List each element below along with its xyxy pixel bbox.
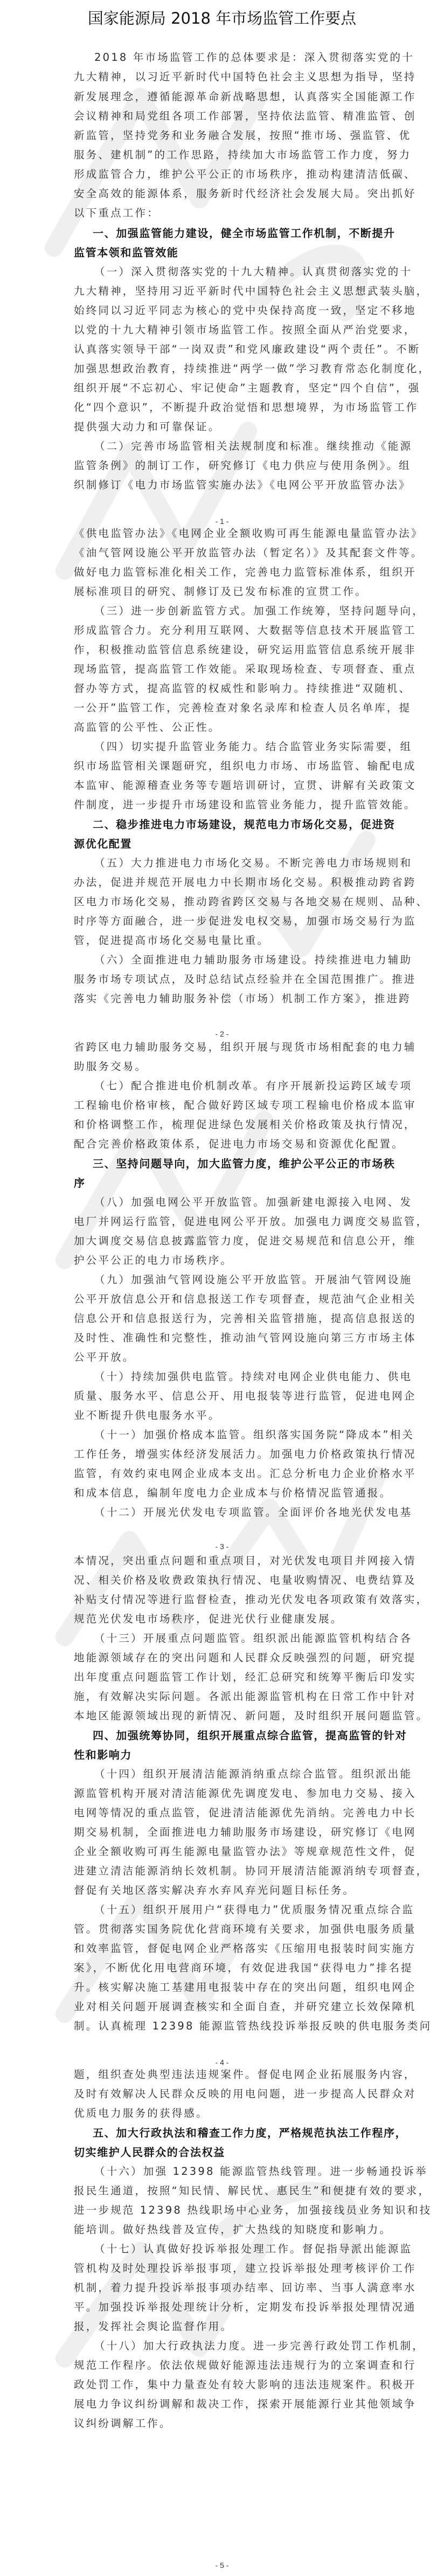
paragraph-line: 省跨区电力辅助服务交易，组织开展与现货市场相配套的电力辅 — [74, 1039, 373, 1055]
paragraph-line: 时序等方面融合，进一步促进发电权交易，加强市场交易行为监 — [74, 913, 373, 929]
paragraph-line: 电网等情况的重点监管，促进清洁能源优先消纳。完善电力中长 — [74, 1805, 373, 1821]
page-number: - 2 - — [0, 1030, 444, 1038]
paragraph-line: （十八）加大行政执法力度。进一步完善行政处罚工作机制， — [94, 2338, 373, 2354]
paragraph-line: 织制修订《电力市场监管实施办法》《电网公平开放监管办法》 — [74, 477, 373, 493]
paragraph-line: 区电力市场化交易，推动跨省跨区交易与各地交易在规则、品种、 — [74, 894, 373, 910]
paragraph-line: 加大调度交易信息披露监管力度，促进交易规范和信息公开，维 — [74, 1233, 373, 1249]
section-heading-line: 五、加大行政执法和稽查工作力度，严格规范执法工作程序， — [93, 2125, 373, 2141]
paragraph-line: 以下重点工作： — [74, 205, 373, 221]
paragraph-line: 工作任务，增强实体经济发展活力。加强电力价格政策执行情况 — [74, 1446, 373, 1462]
paragraph-line: 组织开展“不忘初心、牢记使命”主题教育，坚定“四个自信”，强 — [74, 380, 373, 396]
paragraph-line: 管机构及时处理投诉举报事项，建立投诉举报处理考核评价工作 — [74, 2260, 373, 2277]
paragraph-line: 案》，不断优化用电营商环境，有效促进我国“获得电力”排名提 — [74, 1960, 373, 1976]
page-number: - 1 - — [0, 517, 444, 526]
paragraph-line: 管。贯彻落实国务院优化营商环境有关要求，加强供电服务质量 — [74, 1921, 373, 1937]
paragraph-line: 业对相关问题开展调查核实和全面自查，并研究建立长效保障机 — [74, 1999, 373, 2015]
paragraph-line: 公平开放信息公开和信息报送工作专项督查，规范油气企业相关 — [74, 1291, 373, 1307]
paragraph-line: 管，促进提高市场化交易电量比重。 — [74, 933, 373, 949]
paragraph-line: （十五）组织开展用户“获得电力”优质服务情况重点综合监 — [94, 1902, 373, 1918]
paragraph-line: 会议精神和局党组各项工作部署，坚持依法监管、精准监管、创 — [74, 108, 373, 124]
section-heading-line: 二、稳步推进电力市场建设，规范电力市场化交易，促进资 — [93, 816, 373, 832]
paragraph-line: 《供电监管办法》《电网企业全额收购可再生能源电量监管办法》 — [74, 526, 373, 542]
paragraph-line: 制。认真梳理 12398 能源监管热线投诉举报反映的供电服务类问 — [74, 2018, 373, 2034]
paragraph-line: （十一）加强价格成本监管。组织落实国务院“降成本”相关 — [94, 1427, 373, 1443]
paragraph-line: 本监审、能源稽查业务等专题培训研讨，宣贯、讲解有关政策文 — [74, 778, 373, 794]
paragraph-line: 助服务交易。 — [74, 1059, 373, 1075]
paragraph-line: 作，积极推动监管信息系统建设，研究运用监管信息系统开展非 — [74, 642, 373, 658]
paragraph-line: 源监管机构开展对清洁能源优先调度发电、参加电力交易、接入 — [74, 1786, 373, 1802]
paragraph-line: 补贴支付情况等进行监督检查，推动光伏发电各项政策有效落实， — [74, 1592, 373, 1608]
paragraph-line: 和价格调整工作，梳理促进绿色发展相关价格政策及执行情况， — [74, 1117, 373, 1133]
paragraph-line: （四）切实提升监管业务能力。结合监管业务实际需要，组 — [94, 739, 373, 755]
paragraph-line: （十七）认真做好投诉举报处理工作。督促指导派出能源监 — [94, 2241, 373, 2257]
paragraph-line: （九）加强油气管网设施公平开放监管。开展油气管网设施 — [94, 1272, 373, 1288]
paragraph-line: 升。核实解决施工基建用电报装中存在的突出问题，组织电网企 — [74, 1979, 373, 1996]
section-heading-line: 性和影响力 — [74, 1747, 373, 1763]
paragraph-line: 进一步规范 12398 热线职场中心业务，加强接线员业务知识和技 — [74, 2202, 373, 2218]
paragraph-line: 业不断提升供电服务水平。 — [74, 1408, 373, 1424]
paragraph-line: 平。加强投诉举报处理统计分析，定期发布投诉举报处理情况通 — [74, 2299, 373, 2315]
paragraph-line: 规范光伏发电市场秩序，促进光伏行业健康发展。 — [74, 1611, 373, 1627]
paragraph-line: 以党的十九大精神引领市场监管工作。按照全面从严治党要求， — [74, 322, 373, 338]
paragraph-line: 新监管，坚持党务和业务融合发展，按照“推市场、强监管、优 — [74, 128, 373, 144]
paragraph-line: （十六）加强 12398 能源监管热线管理。进一步畅通投诉举 — [94, 2164, 373, 2180]
paragraph-line: 报民生通道，按照“知民情、解民忧、惠民生”和便捷有效的要求， — [74, 2183, 373, 2199]
paragraph-line: 和成本信息，编制年度电力企业成本与价格情况监管通报。 — [74, 1485, 373, 1501]
paragraph-line: 能培训。做好热线普及宣传，扩大热线的知晓度和影响力。 — [74, 2222, 373, 2238]
paragraph-line: （十）持续加强供电监管。持续对电网企业供电能力、供电 — [94, 1369, 373, 1385]
paragraph-line: 及时性、准确性和完整性，推动油气管网设施向第三方市场主体 — [74, 1330, 373, 1346]
paragraph-line: 九大精神，以习近平新时代中国特色社会主义思想为指导，坚持 — [74, 69, 373, 85]
paragraph-line: 件制度，进一步提升市场建设和监管业务能力，提升监管效能。 — [74, 797, 373, 813]
paragraph-line: 做好电力监管标准化相关工作，完善电力监管标准体系，组织开 — [74, 564, 373, 580]
paragraph-line: 出年度重点问题监管工作计划，经汇总研究和统筹平衡后印发实 — [74, 1669, 373, 1685]
paragraph-line: （二）完善市场监管相关法规制度和标准。继续推动《能源 — [94, 438, 373, 454]
paragraph-line: 企业全额收购可再生能源电量监管办法》等规章规范性文件，促 — [74, 1844, 373, 1860]
paragraph-line: 电厂并网运行监管，促进电网公平开放。加强电力调度交易监管， — [74, 1214, 373, 1230]
paragraph-line: 一公开”监管工作，完善检查对象名录库和检查人员名单库，提 — [74, 700, 373, 716]
document-title: 国家能源局 2018 年市场监管工作要点 — [0, 8, 444, 29]
paragraph-line: 化“四个意识”，不断提升政治觉悟和思想境界，为市场监管工作 — [74, 400, 373, 416]
paragraph-line: 《油气管网设施公平开放监管办法（暂定名）》及其配套文件等。 — [74, 545, 373, 561]
paragraph-line: 始终同以习近平同志为核心的党中央保持高度一致，坚定不移地 — [74, 303, 373, 319]
paragraph-line: （十二）开展光伏发电专项监管。全面评价各地光伏发电基 — [94, 1504, 373, 1521]
paragraph-line: 进建立清洁能源消纳长效机制。协同开展清洁能源消纳专项督查， — [74, 1863, 373, 1879]
paragraph-line: 提供强大动力和可靠保证。 — [74, 419, 373, 435]
paragraph-line: 办法，促进并规范开展电力中长期市场化交易。积极推动跨省跨 — [74, 874, 373, 891]
page-number: - 4 - — [0, 2058, 444, 2067]
paragraph-line: 题，组织查处典型违法违规案件。督促电网企业拓展服务内容， — [74, 2067, 373, 2083]
paragraph-line: 及时有效解决人民群众反映的用电问题，进一步提高人民群众对 — [74, 2086, 373, 2102]
paragraph-line: 高监管的公平性、公正性。 — [74, 719, 373, 736]
paragraph-line: 加强思想政治教育，持续推进“两学一做”学习教育常态化制度化， — [74, 361, 373, 377]
paragraph-line: 地能源领域存在的突出问题和人民群众反映强烈的问题，研究提 — [74, 1650, 373, 1666]
paragraph-line: 护公平公正的电力市场秩序。 — [74, 1252, 373, 1269]
paragraph-line: 况、相关价格及收费政策执行情况、电量收购情况、电费结算及 — [74, 1572, 373, 1588]
paragraph-line: 安全高效的能源体系，服务新时代经济社会发展大局。突出抓好 — [74, 186, 373, 202]
section-heading-line: 切实维护人民群众的合法权益 — [74, 2144, 373, 2160]
paragraph-line: 展标准项目的研究、制修订及已发布标准的宣贯工作。 — [74, 584, 373, 600]
paragraph-line: 服务市场专项试点，及时总结试点经验并在全国范围推广。推进 — [74, 971, 373, 988]
section-heading-line: 四、加强统筹协同，组织开展重点综合监管，提高监管的针对 — [93, 1727, 373, 1744]
section-heading-line: 三、坚持问题导向，加大监管力度，维护公平公正的市场秩 — [93, 1156, 373, 1172]
paragraph-line: （十三）开展重点问题监管。组织派出能源监管机构结合各 — [94, 1630, 373, 1647]
section-heading-line: 源优化配置 — [74, 836, 373, 852]
paragraph-line: 配合完善价格政策体系，促进电力市场交易和资源优化配置。 — [74, 1136, 373, 1152]
paragraph-line: 和效率监管，督促电网企业严格落实《压缩用电报装时间实施方 — [74, 1941, 373, 1957]
paragraph-line: 规范工作程序。依法依规做好能源违法违规行为的立案调查和行 — [74, 2357, 373, 2374]
paragraph-line: （三）进一步创新监管方式。加强工作统筹，坚持问题导向， — [94, 603, 373, 619]
paragraph-line: 2018 年市场监管工作的总体要求是：深入贯彻落实党的十 — [94, 50, 373, 66]
paragraph-line: （七）配合推进电价机制改革。有序开展新投运跨区域专项 — [94, 1078, 373, 1094]
paragraph-line: 落实《完善电力辅助服务补偿（市场）机制工作方案》，推进跨 — [74, 991, 373, 1007]
paragraph-line: 工程输电价格审核，配合做好跨区域专项工程输电价格成本监审 — [74, 1097, 373, 1114]
paragraph-line: 现场监管，提高监管工作效能。采取现场检查、专项督查、重点 — [74, 661, 373, 677]
paragraph-line: 九大精神，坚持用习近平新时代中国特色社会主义思想武装头脑， — [74, 283, 373, 299]
page-number: - 3 - — [0, 1542, 444, 1551]
paragraph-line: 政处罚工作，集中力量查处有较大影响的违法违规案件。积极开 — [74, 2377, 373, 2393]
paragraph-line: 督办等方式，提高监管的权威性和影响力。持续推进“双随机、 — [74, 681, 373, 697]
paragraph-line: 公平开放。 — [74, 1349, 373, 1366]
paragraph-line: 议纠纷调解工作。 — [74, 2416, 373, 2432]
paragraph-line: 认真落实领导干部“一岗双责”和党风廉政建设“两个责任”。不断 — [74, 341, 373, 358]
paragraph-line: （十四）组织开展清洁能源消纳重点综合监管。组织派出能 — [94, 1766, 373, 1782]
paragraph-line: 本地区能源领域出现的新情况、新问题，及时组织开展问题监管。 — [74, 1708, 373, 1724]
paragraph-line: 质量、服务水平、信息公开、用电报装等进行监管，促进电网企 — [74, 1388, 373, 1404]
paragraph-line: （五）大力推进电力市场化交易。不断完善电力市场规则和 — [94, 855, 373, 871]
section-heading-line: 监管本领和监管效能 — [74, 244, 373, 261]
paragraph-line: 织市场监管相关课题研究，组织电力市场、市场监管、输配电成 — [74, 758, 373, 774]
paragraph-line: 新发展理念，遵循能源革命新战略思想，认真落实全国能源工作 — [74, 89, 373, 105]
paragraph-line: 监管条例》的制订工作，研究修订《电力供应与使用条例》。组 — [74, 458, 373, 474]
paragraph-line: 施，有效解决实际问题。各派出能源监管机构在日常工作中针对 — [74, 1689, 373, 1705]
paragraph-line: 形成监管合力。充分利用互联网、大数据等信息技术开展监管工 — [74, 622, 373, 639]
section-heading-line: 序 — [74, 1175, 373, 1191]
paragraph-line: （六）全面推进电力辅助服务市场建设。持续推进电力辅助 — [94, 952, 373, 968]
paragraph-line: 机制，着力提升投诉举报事项办结率、回访率、当事人满意率水 — [74, 2280, 373, 2296]
paragraph-line: 优质电力服务的获得感。 — [74, 2105, 373, 2122]
paragraph-line: 信息公开和信息报送行为，完善相关监管措施，提高信息报送的 — [74, 1311, 373, 1327]
paragraph-line: 报，发挥社会舆论监督作用。 — [74, 2319, 373, 2335]
paragraph-line: （八）加强电网公平开放监管。加强新建电源接入电网、发 — [94, 1194, 373, 1210]
paragraph-line: 督促有关地区落实解决弃水弃风弃光问题目标任务。 — [74, 1882, 373, 1899]
paragraph-line: 服务、建机制”的工作思路，持续加大市场监管工作力度，努力 — [74, 147, 373, 163]
section-heading-line: 一、加强监管能力建设，健全市场监管工作机制，不断提升 — [93, 225, 373, 241]
paragraph-line: （一）深入贯彻落实党的十九大精神。认真贯彻落实党的十 — [94, 264, 373, 280]
paragraph-line: 展电力争议纠纷调解和裁决工作，探索开展能源行业其他领域争 — [74, 2396, 373, 2412]
page-number: - 5 - — [0, 2561, 444, 2570]
paragraph-line: 形成监管合力，维护公平公正的市场秩序，推动构建清洁低碳、 — [74, 166, 373, 183]
paragraph-line: 监管，有效约束电网企业成本支出。汇总分析电力企业价格水平 — [74, 1466, 373, 1482]
paragraph-line: 本情况，突出重点问题和重点项目，对光伏发电项目并网接入情 — [74, 1553, 373, 1569]
paragraph-line: 期交易机制，全面推进电力辅助服务市场建设，研究修订《电网 — [74, 1824, 373, 1840]
